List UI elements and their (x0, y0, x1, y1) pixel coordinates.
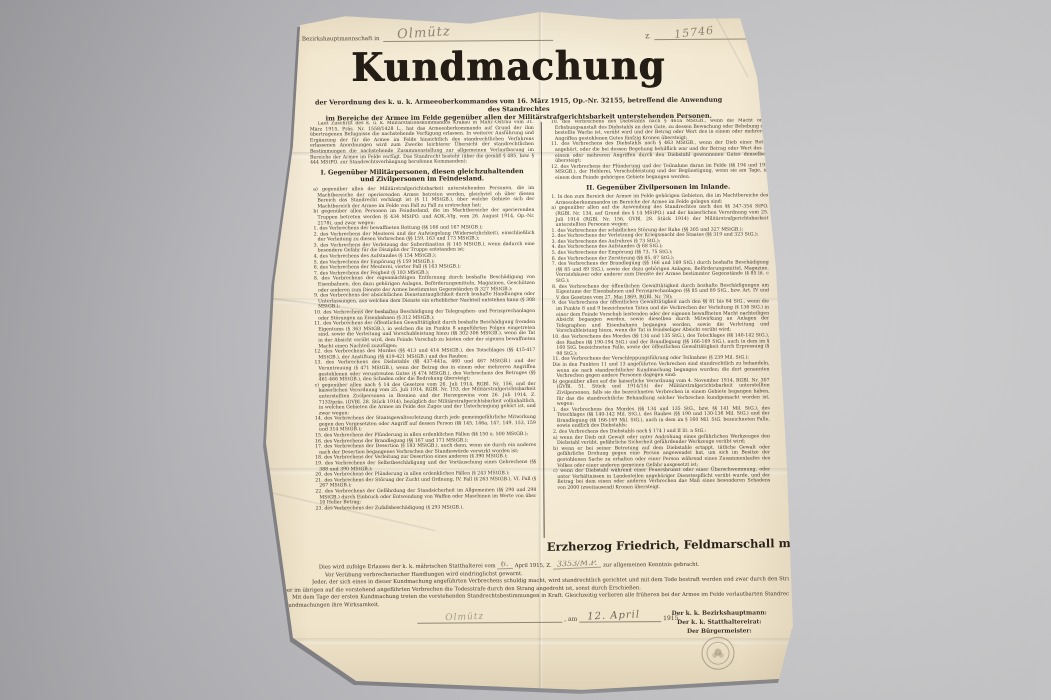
body-text-line: 7. des Verbrechens der Brandlegung (§§ 1… (549, 261, 769, 285)
column-divider-rule (540, 122, 544, 538)
file-number-line: Z.15746 (645, 28, 746, 40)
body-text-line: b) gegenüber allen Personen im Feindesla… (310, 208, 534, 226)
body-text-line: b) gegenüber allen auf die kaiserliche V… (550, 378, 770, 408)
body-text-line: 23. des Verbrechens der Zufallsbeschädig… (312, 505, 536, 512)
handwritten-place: Olmütz (445, 612, 484, 624)
officials-block: Der k. k. Bezirkshauptmann:Der k. k. Sta… (649, 608, 789, 637)
left-column-intro: Laut Zuschrift des k. u. k. Militärstati… (310, 120, 534, 166)
office-blank-line: Olmütz (384, 30, 554, 42)
official-title-line: Der Bürgermeister: (649, 627, 789, 637)
section-heading-2: II. Gegenüber Zivilpersonen im Inlande. (554, 183, 762, 192)
file-number-label: Z. (645, 34, 651, 40)
body-text-line: 11. des Verbrechens der öffentlichen Gew… (311, 320, 535, 350)
signature-line: Erzherzog Friedrich, Feldmarschall m. p. (547, 536, 775, 554)
body-text-line: 10. des Verbrechens des Mordes (§§ 134 u… (549, 333, 769, 357)
official-stamp-seal-icon (701, 637, 734, 670)
body-text-line: 12. des Verbrechens der Plünderung und d… (548, 163, 768, 181)
stamp-emblem-icon (706, 642, 729, 665)
handwritten-number-insert: 3353/M.P. (553, 559, 601, 569)
office-handwritten-value: Olmütz (397, 24, 451, 42)
handwritten-date-insert: 6. (497, 560, 513, 569)
body-text-line: 1. des Verbrechens des Mordes (§§ 134 un… (550, 406, 770, 430)
place-and-date-line: Olmütz , am 12. April 1915. (417, 612, 680, 624)
file-number-handwritten-value: 15746 (673, 24, 714, 41)
section-heading-1: I. Gegenüber Militärpersonen, diesen gle… (316, 168, 528, 185)
body-text-line: a) gegenüber allen der Militärstrafgeric… (310, 186, 534, 210)
body-text-line: c) gegenüber allen nach § 14 des Gesetze… (312, 382, 536, 417)
file-number-blank-line: 15746 (654, 28, 746, 40)
footer-line-1-suffix: zur allgemeinen Kenntnis gebracht. (603, 562, 699, 569)
body-text-line: 14. des Verbrechens der Staatsgewaltverl… (312, 415, 536, 433)
body-text-line: c) wenn der Diebstahl während einer Feue… (550, 468, 770, 492)
proclamation-poster: K. k. Bezirkshauptmannschaft inOlmütz Z.… (255, 8, 805, 694)
body-text-line: Die in den Punkten 11 und 13 angeführten… (549, 361, 769, 379)
body-text-line: 8. des Verbrechens der öffentlichen Gewa… (549, 283, 769, 301)
issuing-office-line: K. k. Bezirkshauptmannschaft inOlmütz (287, 30, 553, 43)
poster-content: K. k. Bezirkshauptmannschaft inOlmütz Z.… (253, 6, 808, 696)
body-text-line: 11. des Verbrechens des Diebstahls nach … (548, 141, 768, 165)
am-label: , am (564, 616, 577, 623)
right-column-body: 1. In den zum Bereich der Armee im Felde… (548, 193, 770, 491)
body-text-line: 22. des Verbrechens der Gefährdung der S… (312, 488, 536, 506)
left-column-body: a) gegenüber allen der Militärstrafgeric… (310, 186, 536, 512)
right-text-column: 10. des Verbrechens des Diebstahls nach … (548, 118, 771, 538)
body-text-line: 13. des Verbrechens des Diebstahls (§§ 4… (311, 359, 535, 383)
footer-paragraph: Dies wird zufolge Erlasses der k. k. mäh… (277, 559, 789, 610)
body-text-line: b) wenn er bei seiner Betretung auf dem … (550, 445, 770, 469)
body-text-line: 9. des Verbrechens der absichtlichen Die… (311, 292, 535, 310)
office-label: K. k. Bezirkshauptmannschaft in (287, 36, 379, 43)
right-column-continuation: 10. des Verbrechens des Diebstahls nach … (548, 118, 768, 181)
place-blank-line: Olmütz (417, 613, 562, 624)
body-text-line: 10. des Verbrechens des Diebstahls nach … (548, 118, 768, 142)
footer-line-1-prefix: Dies wird zufolge Erlasses der k. k. mäh… (319, 563, 496, 570)
left-text-column: Laut Zuschrift des k. u. k. Militärstati… (310, 120, 537, 540)
body-text-line: 8. des Verbrechens der eigenmächtigen En… (311, 275, 535, 293)
body-text-line: 9. des Verbrechens der öffentlichen Gewa… (549, 300, 769, 335)
footer-line-1-mid: April 1915, Z. (515, 563, 552, 569)
body-text-line: a) gegenüber allen auf die Anwendung des… (548, 205, 768, 229)
poster-title: Kundmachung (253, 41, 763, 91)
handwritten-date: 12. April (587, 609, 640, 622)
